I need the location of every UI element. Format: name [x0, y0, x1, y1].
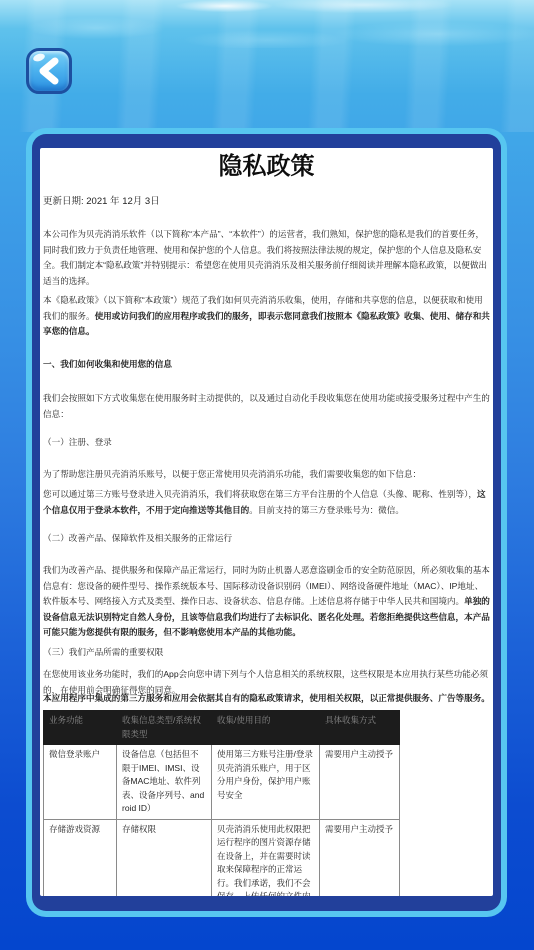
- paragraph-third-party-login: 您可以通过第三方账号登录进入贝壳消消乐，我们将获取您在第三方平台注册的个人信息（…: [43, 487, 490, 518]
- panel-frame: 隐私政策 更新日期: 2021 年 12月 3日 本公司作为贝壳消消乐软件（以下…: [32, 134, 501, 911]
- permissions-table-wrap: 业务功能 收集信息类型/系统权限类型 收集/使用目的 具体收集方式 微信登录账户…: [43, 710, 490, 896]
- paragraph-device-info: 我们为改善产品、提供服务和保障产品正常运行，同时为防止机器人恶意盗刷金币的安全防…: [43, 563, 490, 641]
- paragraph-third-party-sdk: 本应用程序中集成的第三方服务和应用会依据其自有的隐私政策请求，使用相关权限，以正…: [43, 691, 490, 707]
- table-header-business-function: 业务功能: [44, 711, 117, 745]
- table-cell: 需要用户主动授予: [320, 819, 400, 896]
- table-cell: 使用第三方账号注册/登录贝壳消消乐账户，用于区分用户身份，保护用户账号安全: [212, 745, 320, 820]
- paragraph-collection-intro: 我们会按照如下方式收集您在使用服务时主动提供的，以及通过自动化手段收集您在使用功…: [43, 391, 490, 422]
- table-cell: 存储游戏资源: [44, 819, 117, 896]
- table-cell: 需要用户主动授予: [320, 745, 400, 820]
- section-heading-collect-use: 一、我们如何收集和使用您的信息: [43, 357, 490, 373]
- table-header-purpose: 收集/使用目的: [212, 711, 320, 745]
- table-cell: 存储权限: [117, 819, 212, 896]
- privacy-policy-content[interactable]: 隐私政策 更新日期: 2021 年 12月 3日 本公司作为贝壳消消乐软件（以下…: [40, 148, 493, 896]
- page-title: 隐私政策: [43, 153, 490, 181]
- updated-date: 更新日期: 2021 年 12月 3日: [43, 194, 490, 210]
- subsection-heading-improve-product: （二）改善产品、保障软件及相关服务的正常运行: [43, 531, 490, 547]
- light-rays: [0, 0, 534, 132]
- table-cell: 贝壳消消乐使用此权限把运行程序的图片资源存储在设备上，并在需要时读取来保障程序的…: [212, 819, 320, 896]
- permissions-table: 业务功能 收集信息类型/系统权限类型 收集/使用目的 具体收集方式 微信登录账户…: [43, 710, 400, 896]
- table-cell: 微信登录账户: [44, 745, 117, 820]
- subsection-heading-permissions: （三）我们产品所需的重要权限: [43, 645, 490, 661]
- table-header-row: 业务功能 收集信息类型/系统权限类型 收集/使用目的 具体收集方式: [44, 711, 400, 745]
- paragraph-company-intro: 本公司作为贝壳消消乐软件（以下简称“本产品”、“本软件”）的运营者，我们熟知，保…: [43, 227, 490, 289]
- table-row: 存储游戏资源 存储权限 贝壳消消乐使用此权限把运行程序的图片资源存储在设备上，并…: [44, 819, 400, 896]
- table-row: 微信登录账户 设备信息（包括但不限于IMEI、IMSI、设备MAC地址、软件列表…: [44, 745, 400, 820]
- table-header-info-type: 收集信息类型/系统权限类型: [117, 711, 212, 745]
- paragraph-policy-scope: 本《隐私政策》（以下简称“本政策”）规范了我们如何贝壳消消乐收集，使用，存储和共…: [43, 293, 490, 340]
- back-button[interactable]: [26, 48, 72, 94]
- privacy-policy-panel: 隐私政策 更新日期: 2021 年 12月 3日 本公司作为贝壳消消乐软件（以下…: [26, 128, 507, 917]
- paragraph-register-info: 为了帮助您注册贝壳消消乐账号，以便于您正常使用贝壳消消乐功能，我们需要收集您的如…: [43, 467, 490, 483]
- table-cell: 设备信息（包括但不限于IMEI、IMSI、设备MAC地址、软件列表、设备序列号、…: [117, 745, 212, 820]
- table-header-collect-method: 具体收集方式: [320, 711, 400, 745]
- subsection-heading-register-login: （一）注册、登录: [43, 435, 490, 451]
